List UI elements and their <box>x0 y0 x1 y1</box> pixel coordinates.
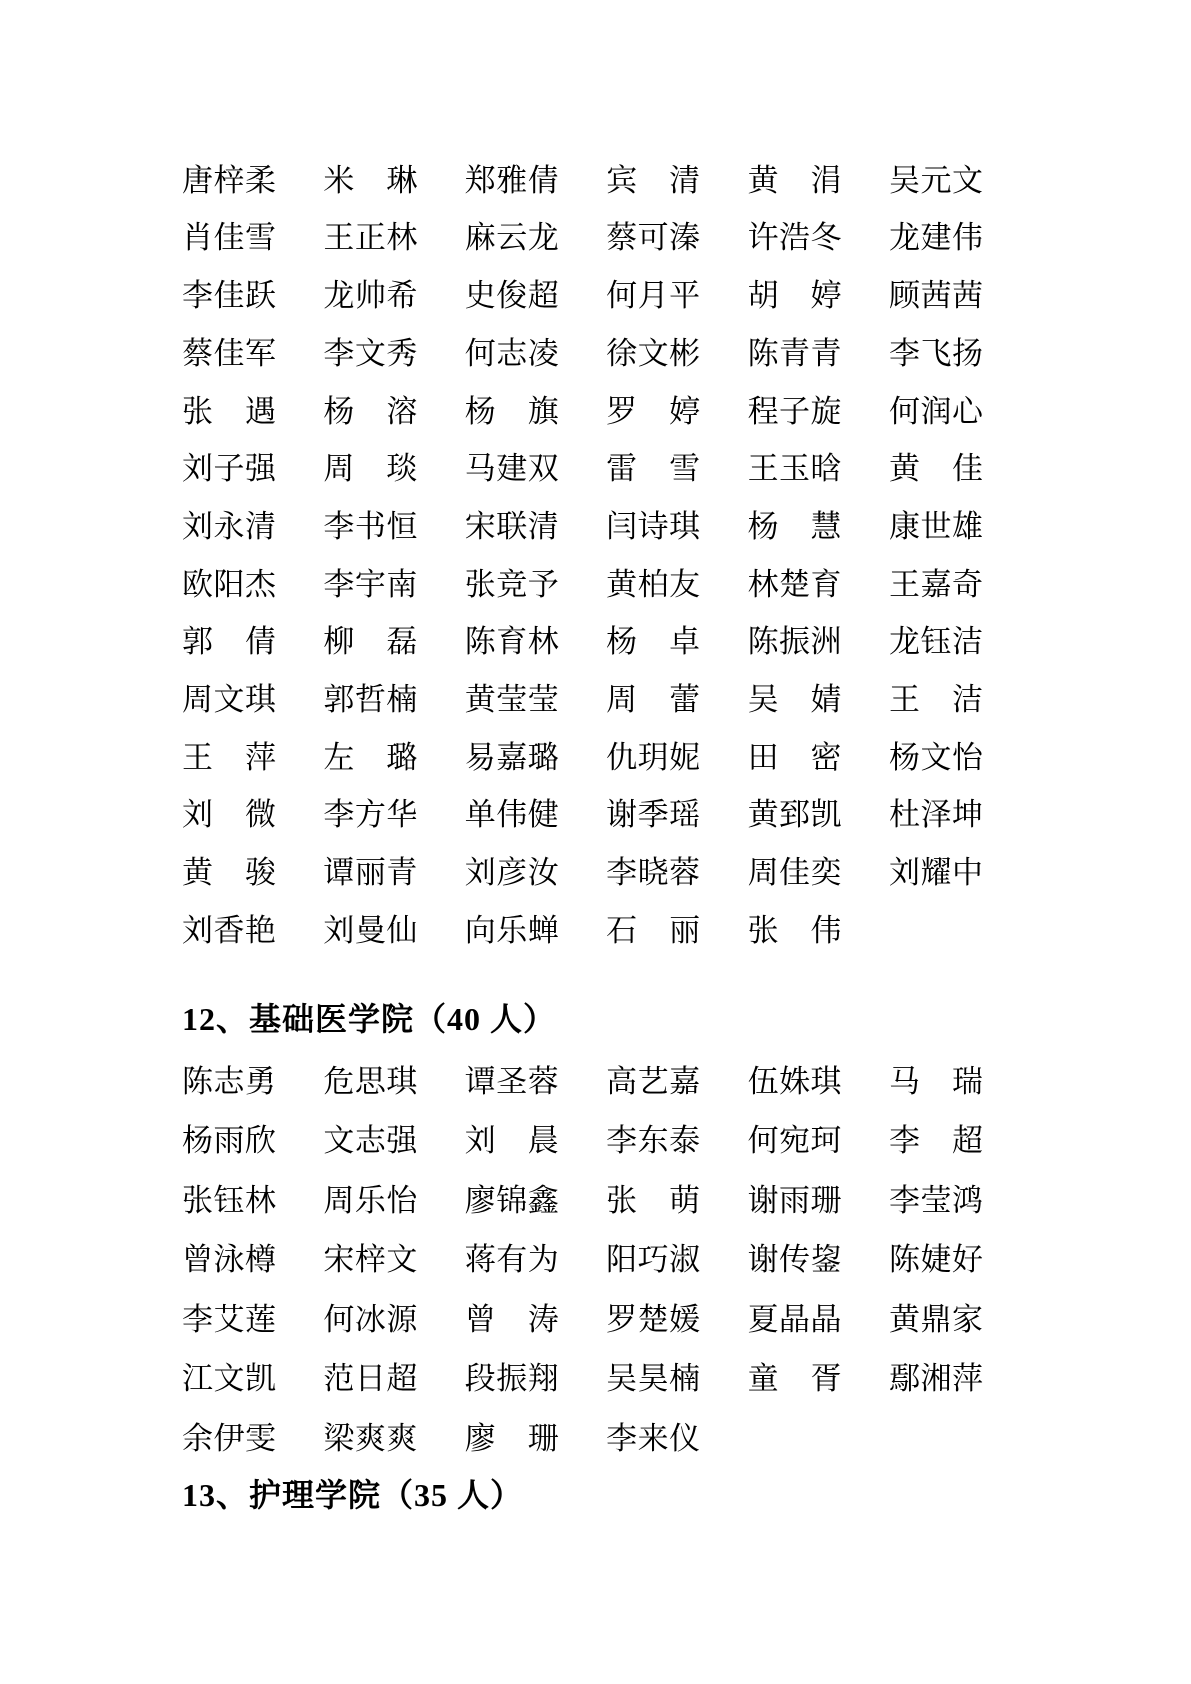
person-name: 刘香艳 <box>182 914 276 948</box>
person-name: 何冰源 <box>323 1303 417 1337</box>
person-name: 刘永清 <box>182 510 276 544</box>
person-name: 吴昊楠 <box>606 1362 700 1396</box>
person-name: 米琳 <box>323 164 417 198</box>
person-name: 张竞予 <box>465 568 559 602</box>
name-row: 余伊雯梁爽爽廖珊李来仪 <box>182 1409 1030 1469</box>
person-name: 阳巧淑 <box>606 1243 700 1277</box>
person-name: 吴婧 <box>748 683 842 717</box>
person-name: 刘曼仙 <box>323 914 417 948</box>
person-name: 李方华 <box>323 798 417 832</box>
name-row: 周文琪郭哲楠黄莹莹周蕾吴婧王洁 <box>182 671 1030 729</box>
person-name: 仇玥妮 <box>606 741 700 775</box>
person-name: 陈青青 <box>748 337 842 371</box>
person-name: 曾涛 <box>465 1303 559 1337</box>
person-name: 王正林 <box>323 221 417 255</box>
person-name: 谢雨珊 <box>748 1184 842 1218</box>
person-name: 廖珊 <box>465 1422 559 1456</box>
person-name: 何润心 <box>889 395 983 429</box>
person-name: 杨卓 <box>606 625 700 659</box>
section-13-heading: 13、护理学院（35 人） <box>182 1477 523 1514</box>
person-name: 谢传鋆 <box>748 1243 842 1277</box>
person-name: 李超 <box>889 1124 983 1158</box>
person-name: 江文凯 <box>182 1362 276 1396</box>
person-name: 周佳奕 <box>748 856 842 890</box>
person-name: 鄢湘萍 <box>889 1362 983 1396</box>
person-name: 文志强 <box>323 1124 417 1158</box>
person-name: 张钰林 <box>182 1184 276 1218</box>
person-name: 唐梓柔 <box>182 164 276 198</box>
person-name: 李莹鸿 <box>889 1184 983 1218</box>
person-name: 郭哲楠 <box>323 683 417 717</box>
person-name: 陈振洲 <box>748 625 842 659</box>
person-name: 黄莹莹 <box>465 683 559 717</box>
person-name: 陈志勇 <box>182 1065 276 1099</box>
person-name: 许浩冬 <box>748 221 842 255</box>
person-name: 吴元文 <box>889 164 983 198</box>
document-page: 唐梓柔米琳郑雅倩宾清黄涓吴元文肖佳雪王正林麻云龙蔡可溱许浩冬龙建伟李佳跃龙帅希史… <box>0 0 1191 1684</box>
person-name: 蒋有为 <box>465 1243 559 1277</box>
name-row: 欧阳杰李宇南张竞予黄柏友林楚育王嘉奇 <box>182 556 1030 614</box>
person-name: 黄郅凯 <box>748 798 842 832</box>
person-name: 黄柏友 <box>606 568 700 602</box>
name-row: 江文凯范日超段振翔吴昊楠童胥鄢湘萍 <box>182 1350 1030 1410</box>
person-name: 马瑞 <box>889 1065 983 1099</box>
name-row: 陈志勇危思琪谭圣蓉高艺嘉伍姝琪马瑞 <box>182 1052 1030 1112</box>
person-name: 龙钰洁 <box>889 625 983 659</box>
person-name: 黄骏 <box>182 856 276 890</box>
person-name: 杜泽坤 <box>889 798 983 832</box>
name-row: 黄骏谭丽青刘彦汝李晓蓉周佳奕刘耀中 <box>182 844 1030 902</box>
person-name: 刘耀中 <box>889 856 983 890</box>
person-name: 童胥 <box>748 1362 842 1396</box>
person-name: 柳磊 <box>323 625 417 659</box>
person-name: 段振翔 <box>465 1362 559 1396</box>
person-name: 李晓蓉 <box>606 856 700 890</box>
person-name: 李文秀 <box>323 337 417 371</box>
person-name: 周乐怡 <box>323 1184 417 1218</box>
person-name: 胡婷 <box>748 279 842 313</box>
person-name: 谭丽青 <box>323 856 417 890</box>
person-name: 范日超 <box>323 1362 417 1396</box>
person-name: 梁爽爽 <box>323 1422 417 1456</box>
person-name: 马建双 <box>465 452 559 486</box>
name-row: 杨雨欣文志强刘晨李东泰何宛珂李超 <box>182 1112 1030 1172</box>
person-name: 廖锦鑫 <box>465 1184 559 1218</box>
person-name: 李艾莲 <box>182 1303 276 1337</box>
person-name: 杨旗 <box>465 395 559 429</box>
person-name: 李来仪 <box>606 1422 700 1456</box>
person-name: 杨雨欣 <box>182 1124 276 1158</box>
person-name: 黄鼎家 <box>889 1303 983 1337</box>
person-name: 刘子强 <box>182 452 276 486</box>
person-name: 周蕾 <box>606 683 700 717</box>
person-name: 陈育林 <box>465 625 559 659</box>
person-name: 王洁 <box>889 683 983 717</box>
person-name: 谢季瑶 <box>606 798 700 832</box>
person-name: 雷雪 <box>606 452 700 486</box>
person-name: 杨溶 <box>323 395 417 429</box>
person-name: 麻云龙 <box>465 221 559 255</box>
person-name: 曾泳樽 <box>182 1243 276 1277</box>
person-name: 何志凌 <box>465 337 559 371</box>
name-row: 刘微李方华单伟健谢季瑶黄郅凯杜泽坤 <box>182 787 1030 845</box>
person-name: 宋梓文 <box>323 1243 417 1277</box>
person-name: 张伟 <box>748 914 842 948</box>
person-name: 余伊雯 <box>182 1422 276 1456</box>
name-row: 刘子强周琰马建双雷雪王玉晗黄佳 <box>182 440 1030 498</box>
person-name: 何宛珂 <box>748 1124 842 1158</box>
person-name: 罗楚媛 <box>606 1303 700 1337</box>
person-name: 周琰 <box>323 452 417 486</box>
person-name: 康世雄 <box>889 510 983 544</box>
person-name: 单伟健 <box>465 798 559 832</box>
person-name: 易嘉璐 <box>465 741 559 775</box>
person-name: 李东泰 <box>606 1124 700 1158</box>
person-name: 蔡可溱 <box>606 221 700 255</box>
name-row: 唐梓柔米琳郑雅倩宾清黄涓吴元文 <box>182 152 1030 210</box>
name-row: 王萍左璐易嘉璐仇玥妮田密杨文怡 <box>182 729 1030 787</box>
person-name: 杨慧 <box>748 510 842 544</box>
name-list-section-12: 陈志勇危思琪谭圣蓉高艺嘉伍姝琪马瑞杨雨欣文志强刘晨李东泰何宛珂李超张钰林周乐怡廖… <box>182 1052 1030 1469</box>
person-name: 宾清 <box>606 164 700 198</box>
person-name: 郭倩 <box>182 625 276 659</box>
person-name: 陈婕好 <box>889 1243 983 1277</box>
person-name: 危思琪 <box>323 1065 417 1099</box>
person-name: 李佳跃 <box>182 279 276 313</box>
name-list-continuation: 唐梓柔米琳郑雅倩宾清黄涓吴元文肖佳雪王正林麻云龙蔡可溱许浩冬龙建伟李佳跃龙帅希史… <box>182 152 1030 960</box>
name-row: 刘香艳刘曼仙向乐蝉石丽张伟 <box>182 902 1030 960</box>
person-name: 欧阳杰 <box>182 568 276 602</box>
person-name: 龙帅希 <box>323 279 417 313</box>
person-name: 黄涓 <box>748 164 842 198</box>
person-name: 闫诗琪 <box>606 510 700 544</box>
person-name: 罗婷 <box>606 395 700 429</box>
person-name: 王嘉奇 <box>889 568 983 602</box>
name-row: 李佳跃龙帅希史俊超何月平胡婷顾茜茜 <box>182 267 1030 325</box>
name-row: 刘永清李书恒宋联清闫诗琪杨慧康世雄 <box>182 498 1030 556</box>
name-row: 张钰林周乐怡廖锦鑫张萌谢雨珊李莹鸿 <box>182 1171 1030 1231</box>
name-row: 李艾莲何冰源曾涛罗楚媛夏晶晶黄鼎家 <box>182 1290 1030 1350</box>
person-name: 高艺嘉 <box>606 1065 700 1099</box>
person-name: 刘晨 <box>465 1124 559 1158</box>
person-name: 林楚育 <box>748 568 842 602</box>
person-name: 李书恒 <box>323 510 417 544</box>
person-name: 李宇南 <box>323 568 417 602</box>
person-name: 夏晶晶 <box>748 1303 842 1337</box>
name-row: 肖佳雪王正林麻云龙蔡可溱许浩冬龙建伟 <box>182 210 1030 268</box>
name-row: 郭倩柳磊陈育林杨卓陈振洲龙钰洁 <box>182 614 1030 672</box>
section-12-heading: 12、基础医学院（40 人） <box>182 1001 556 1038</box>
person-name: 伍姝琪 <box>748 1065 842 1099</box>
person-name: 李飞扬 <box>889 337 983 371</box>
person-name: 王萍 <box>182 741 276 775</box>
person-name: 徐文彬 <box>606 337 700 371</box>
person-name: 周文琪 <box>182 683 276 717</box>
person-name: 郑雅倩 <box>465 164 559 198</box>
person-name: 张遇 <box>182 395 276 429</box>
person-name: 石丽 <box>606 914 700 948</box>
name-row: 张遇杨溶杨旗罗婷程子旋何润心 <box>182 383 1030 441</box>
person-name: 宋联清 <box>465 510 559 544</box>
person-name: 史俊超 <box>465 279 559 313</box>
person-name: 杨文怡 <box>889 741 983 775</box>
person-name: 左璐 <box>323 741 417 775</box>
person-name: 顾茜茜 <box>889 279 983 313</box>
person-name: 蔡佳军 <box>182 337 276 371</box>
person-name: 黄佳 <box>889 452 983 486</box>
person-name: 张萌 <box>606 1184 700 1218</box>
person-name: 王玉晗 <box>748 452 842 486</box>
person-name: 谭圣蓉 <box>465 1065 559 1099</box>
person-name: 刘微 <box>182 798 276 832</box>
name-row: 曾泳樽宋梓文蒋有为阳巧淑谢传鋆陈婕好 <box>182 1231 1030 1291</box>
person-name: 刘彦汝 <box>465 856 559 890</box>
person-name: 龙建伟 <box>889 221 983 255</box>
person-name: 何月平 <box>606 279 700 313</box>
person-name: 向乐蝉 <box>465 914 559 948</box>
name-row: 蔡佳军李文秀何志凌徐文彬陈青青李飞扬 <box>182 325 1030 383</box>
person-name: 肖佳雪 <box>182 221 276 255</box>
person-name: 程子旋 <box>748 395 842 429</box>
person-name: 田密 <box>748 741 842 775</box>
